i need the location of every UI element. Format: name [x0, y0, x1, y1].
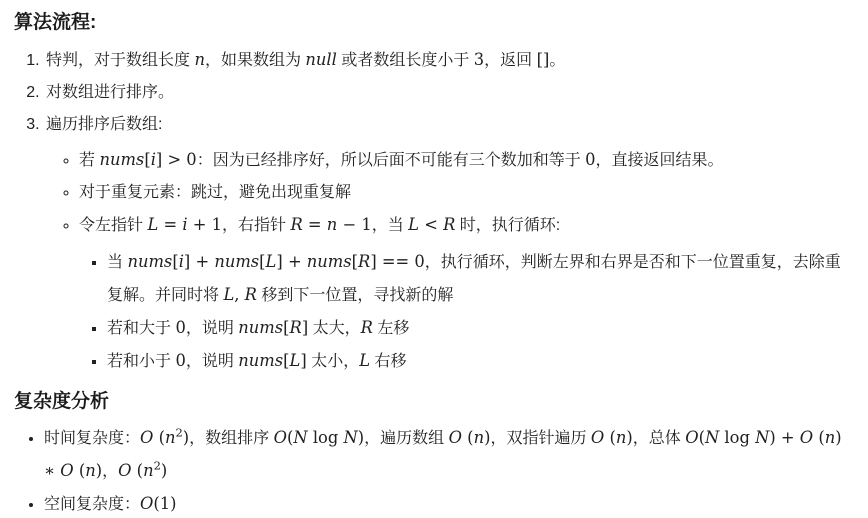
step-item-3: 遍历排序后数组: 若 nums[i] > 0：因为已经排序好，所以后面不可能有三…	[44, 109, 855, 378]
heading-complexity-analysis: 复杂度分析	[14, 390, 855, 414]
complexity-list: 时间复杂度：O (n2)，数组排序 O(N log N)，遍历数组 O (n)，…	[14, 422, 855, 518]
loop-item-sum-zero: 当 nums[i] + nums[L] + nums[R] == 0，执行循环，…	[107, 246, 855, 312]
traverse-sublist: 若 nums[i] > 0：因为已经排序好，所以后面不可能有三个数加和等于 0，…	[46, 144, 855, 378]
complexity-item-space: 空间复杂度：O(1)	[44, 488, 855, 518]
loop-item-sum-positive: 若和大于 0，说明 nums[R] 太大，R 左移	[107, 312, 855, 345]
algorithm-steps-list: 特判，对于数组长度 n，如果数组为 null 或者数组长度小于 3，返回 []。…	[14, 44, 855, 378]
step-item-2: 对数组进行排序。	[44, 77, 855, 109]
sub-item-two-pointers-text: 令左指针 L = i + 1，右指针 R = n − 1，当 L < R 时，执…	[79, 217, 560, 234]
loop-item-sum-negative: 若和小于 0，说明 nums[L] 太小，L 右移	[107, 345, 855, 378]
loop-sublist: 当 nums[i] + nums[L] + nums[R] == 0，执行循环，…	[79, 246, 855, 378]
heading-algorithm-flow: 算法流程:	[14, 11, 855, 35]
step-item-3-text: 遍历排序后数组:	[46, 116, 162, 133]
article-page: 算法流程: 特判，对于数组长度 n，如果数组为 null 或者数组长度小于 3，…	[0, 0, 868, 518]
sub-item-two-pointers: 令左指针 L = i + 1，右指针 R = n − 1，当 L < R 时，执…	[79, 209, 855, 378]
complexity-item-time: 时间复杂度：O (n2)，数组排序 O(N log N)，遍历数组 O (n)，…	[44, 422, 855, 488]
step-item-1: 特判，对于数组长度 n，如果数组为 null 或者数组长度小于 3，返回 []。	[44, 44, 855, 77]
sub-item-skip-duplicates: 对于重复元素：跳过，避免出现重复解	[79, 177, 855, 209]
sub-item-positive-check: 若 nums[i] > 0：因为已经排序好，所以后面不可能有三个数加和等于 0，…	[79, 144, 855, 177]
